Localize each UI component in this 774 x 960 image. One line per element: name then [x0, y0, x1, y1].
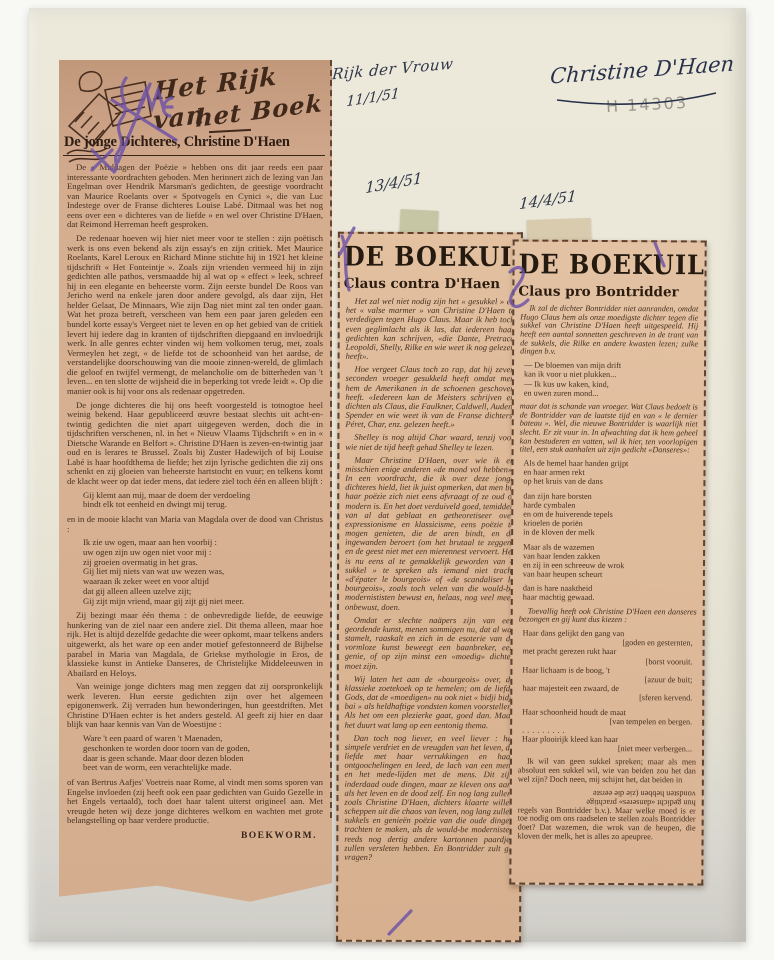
headline-claus-contra-dhaen: Claus contra D'Haen — [344, 276, 517, 292]
headline-claus-pro-bontridder: Claus pro Bontridder — [518, 284, 700, 301]
masthead-engraving-illustration — [61, 64, 161, 174]
article-text-middle: Het zal wel niet nodig zijn het « gesukk… — [344, 297, 515, 925]
poem-line: en uwen zuren mond... — [524, 388, 698, 398]
paragraph: De redenaar hoeven wij hier niet meer vo… — [67, 234, 323, 397]
paragraph: Maar Christine D'Haen, over wie ik en mi… — [345, 456, 514, 612]
poem-line: kan ik voor u niet plukken... — [524, 370, 698, 380]
article-text-left: De « Middagen der Poëzie » hebben ons di… — [67, 163, 323, 863]
headline-left-clipping: De jonge Dichteres, Christine D'Haen — [64, 134, 290, 151]
poem-line: Haar lichaam is de boog, 't — [522, 665, 696, 675]
album-page: Het Rijk van het Boek De jonge Dichteres… — [29, 8, 746, 942]
paragraph: De jonge dichteres die hij ons heeft voo… — [67, 401, 323, 487]
poem-line: Haar dans gelijkt den gang van — [523, 629, 697, 639]
paragraph: Shelley is nog altijd Char waard, tenzij… — [345, 433, 514, 452]
paragraph: Omdat er slechte naäpers zijn van een ge… — [345, 615, 514, 670]
poem-quote: Ik zie uw ogen, maar aan hen voorbij :uw… — [83, 538, 323, 606]
poem-quote: Gij klemt aan mij, maar de doem der verd… — [83, 491, 323, 510]
poem-quote: Als de hemel haar handen grijpten haar a… — [523, 459, 698, 604]
poem-line: — Ik kus uw kaken, kind, — [524, 379, 698, 389]
author-signature: BOEKWORM. — [67, 831, 317, 841]
clipping-de-boekuil-claus-pro-bontridder: DE BOEKUIL Claus pro Bontridder Ik zal d… — [509, 239, 706, 885]
masthead-de-boekuil-right: DE BOEKUIL — [518, 248, 700, 281]
stitched-edge — [330, 60, 332, 818]
poem-line: Haar plooirijk kleed kan haar — [522, 735, 696, 745]
headline-rule — [63, 155, 325, 156]
upside-down-misprint-lines: vondsten hebben (zie die eerstehun gedic… — [518, 788, 696, 807]
poem-quote: Haar dans gelijkt den gang van[goden en … — [522, 629, 697, 754]
clipping-het-rijk-van-het-boek: Het Rijk van het Boek De jonge Dichteres… — [59, 60, 332, 912]
poem-line: op het kruis van de dans — [523, 477, 697, 487]
poem-line: met pracht gerezen rukt haar — [523, 647, 697, 657]
paragraph: maar dat is schande van vroeger. Wat Cla… — [520, 402, 698, 455]
masthead-de-boekuil-middle: DE BOEKUIL — [344, 240, 517, 273]
paragraph: Ik wil van geen sukkel spreken; maar als… — [518, 758, 696, 785]
poem-line: hun gedicht «danseres» prachtige — [518, 797, 696, 807]
poem-line: haar machtig gewaad. — [523, 593, 697, 603]
paragraph: Toevallig heeft ook Christine D'Haen een… — [519, 607, 697, 625]
paragraph: regels van Bontridder b.v.). Maar welke … — [518, 806, 696, 842]
paragraph: Hoe vergeet Claus toch zo rap, dat hij z… — [345, 365, 514, 430]
poem-quote: Ware 't een paard of waren 't Maenaden,g… — [83, 734, 323, 773]
poem-line: bindt elk tot eenheid en dwingt mij teru… — [83, 500, 323, 510]
poem-line: beet van de worm, een verachtelijke made… — [83, 763, 323, 773]
poem-line: haar majesteit een zwaard, de — [522, 684, 696, 694]
paragraph: Dan toch nog liever, en veel liever : he… — [344, 734, 513, 863]
paragraph: Ik zal de dichter Bontridder niet aanran… — [520, 305, 698, 358]
clipping-de-boekuil-claus-contra-dhaen: DE BOEKUIL Claus contra D'Haen Het zal w… — [336, 232, 523, 942]
article-text-right: Ik zal de dichter Bontridder niet aanran… — [517, 305, 698, 872]
poem-line: van haar heupen scheurt — [523, 570, 697, 580]
poem-line: Gij zijt mijn vriend, maar gij zijt gij … — [83, 597, 323, 607]
paragraph: Zij bezingt maar één thema : de onbevred… — [67, 611, 323, 678]
poem-line: in de kloven der melk — [523, 528, 697, 538]
paragraph: Wij laten het aan de «bourgeois» over, d… — [345, 674, 514, 729]
poem-line: Haar schoonheid houdt de maat — [522, 707, 696, 717]
scanned-album-page: Het Rijk van het Boek De jonge Dichteres… — [0, 0, 774, 960]
paragraph: Het zal wel niet nodig zijn het « gesukk… — [346, 297, 515, 362]
paragraph: De « Middagen der Poëzie » hebben ons di… — [67, 163, 323, 230]
paragraph: en in de mooie klacht van Maria van Magd… — [67, 515, 323, 534]
paragraph: of van Bertrus Aafjes' Voetreis naar Rom… — [67, 778, 323, 826]
poem-line: [niet meer verbergen... — [522, 744, 696, 754]
paragraph: Van weinige jonge dichters mag men zegge… — [67, 682, 323, 730]
poem-line: Maar als de wazemen — [523, 542, 697, 552]
poem-line: vondsten hebben (zie die eerste — [518, 788, 696, 798]
poem-quote: — De bloemen van mijn driftkan ik voor u… — [524, 361, 698, 399]
